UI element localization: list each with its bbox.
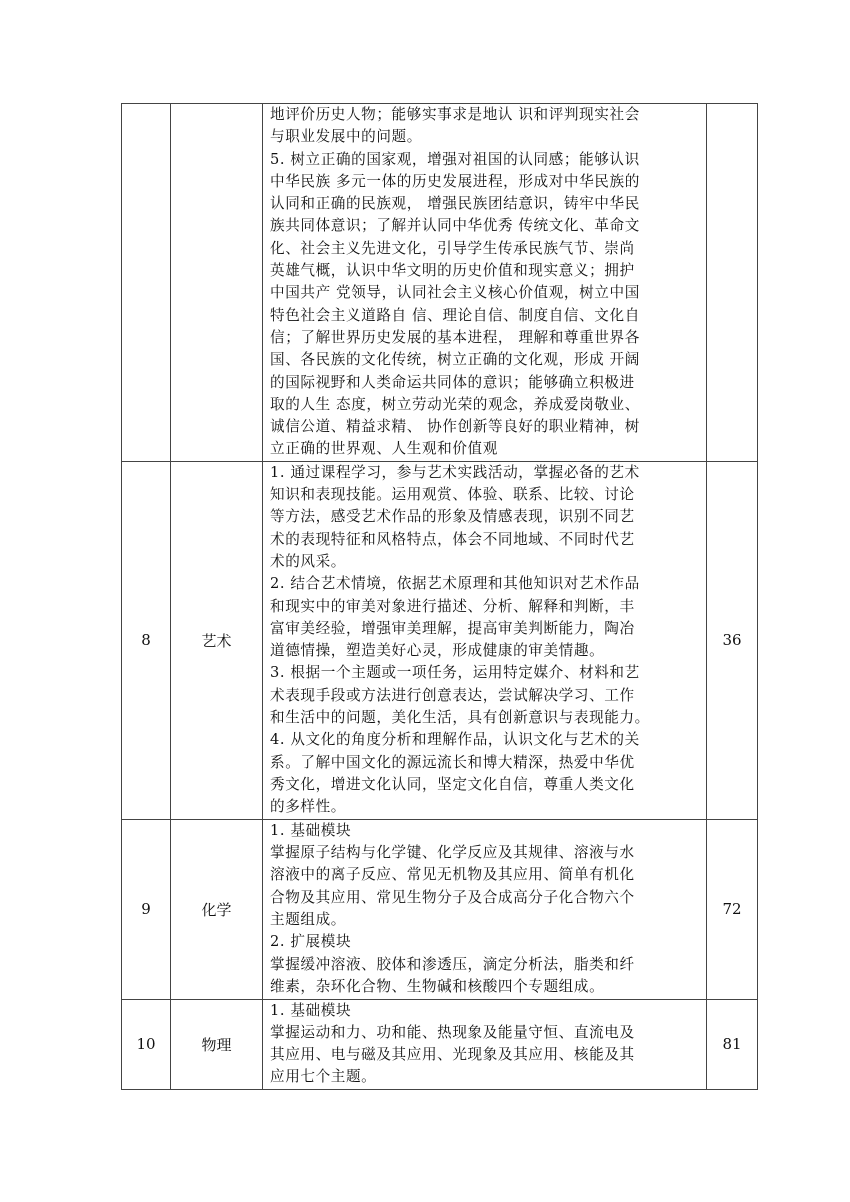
class-hours: 72: [707, 819, 758, 999]
row-number: [122, 104, 171, 462]
row-number: 9: [122, 819, 171, 999]
content-line: 术的表现特征和风格特点，体会不同地域、不同时代艺: [270, 529, 700, 551]
table-row: 8 艺术 1. 通过课程学习，参与艺术实践活动，掌握必备的艺术 知识和表现技能。…: [122, 461, 758, 819]
subject-name: 化学: [171, 819, 263, 999]
content-line: 与职业发展中的问题。: [270, 126, 700, 148]
row-number: 10: [122, 999, 171, 1089]
content-line: 族共同体意识；了解并认同中华优秀 传统文化、革命文: [270, 215, 700, 237]
content-line: 地评价历史人物；能够实事求是地认 识和评判现实社会: [270, 104, 700, 126]
content-line: 国、各民族的文化传统，树立正确的文化观，形成 开阔: [270, 349, 700, 371]
subject-name: 艺术: [171, 461, 263, 819]
content-line: 中华民族 多元一体的历史发展进程，形成对中华民族的: [270, 171, 700, 193]
content-line: 和生活中的问题，美化生活，具有创新意识与表现能力。: [270, 707, 700, 729]
content-line: 等方法，感受艺术作品的形象及情感表现，识别不同艺: [270, 506, 700, 528]
curriculum-table: 地评价历史人物；能够实事求是地认 识和评判现实社会 与职业发展中的问题。 5. …: [121, 103, 758, 1090]
content-line: 中国共产 党领导，认同社会主义核心价值观，树立中国: [270, 282, 700, 304]
content-line: 英雄气概，认识中华文明的历史价值和现实意义；拥护: [270, 260, 700, 282]
content-line: 信；了解世界历史发展的基本进程， 理解和尊重世界各: [270, 327, 700, 349]
course-objectives: 地评价历史人物；能够实事求是地认 识和评判现实社会 与职业发展中的问题。 5. …: [263, 104, 707, 462]
content-line: 掌握运动和力、功和能、热现象及能量守恒、直流电及: [270, 1022, 700, 1044]
content-line: 其应用、电与磁及其应用、光现象及其应用、核能及其: [270, 1044, 700, 1066]
content-line: 术的风采。: [270, 551, 700, 573]
content-line: 掌握原子结构与化学键、化学反应及其规律、溶液与水: [270, 842, 700, 864]
table-row: 10 物理 1. 基础模块 掌握运动和力、功和能、热现象及能量守恒、直流电及 其…: [122, 999, 758, 1089]
course-objectives: 1. 通过课程学习，参与艺术实践活动，掌握必备的艺术 知识和表现技能。运用观赏、…: [263, 461, 707, 819]
content-line: 1. 基础模块: [270, 820, 700, 842]
content-line: 3. 根据一个主题或一项任务，运用特定媒介、材料和艺: [270, 662, 700, 684]
class-hours: [707, 104, 758, 462]
table-row: 9 化学 1. 基础模块 掌握原子结构与化学键、化学反应及其规律、溶液与水 溶液…: [122, 819, 758, 999]
content-line: 富审美经验，增强审美理解，提高审美判断能力，陶冶: [270, 618, 700, 640]
course-objectives: 1. 基础模块 掌握运动和力、功和能、热现象及能量守恒、直流电及 其应用、电与磁…: [263, 999, 707, 1089]
content-line: 立正确的世界观、人生观和价值观: [270, 438, 700, 460]
content-line: 应用七个主题。: [270, 1066, 700, 1088]
content-line: 2. 扩展模块: [270, 931, 700, 953]
content-line: 主题组成。: [270, 909, 700, 931]
content-line: 认同和正确的民族观， 增强民族团结意识，铸牢中华民: [270, 193, 700, 215]
row-number: 8: [122, 461, 171, 819]
content-line: 掌握缓冲溶液、胶体和渗透压，滴定分析法，脂类和纤: [270, 954, 700, 976]
content-line: 特色社会主义道路自 信、理论自信、制度自信、文化自: [270, 305, 700, 327]
content-line: 的多样性。: [270, 796, 700, 818]
content-line: 2. 结合艺术情境，依据艺术原理和其他知识对艺术作品: [270, 573, 700, 595]
content-line: 和现实中的审美对象进行描述、分析、解释和判断，丰: [270, 596, 700, 618]
content-line: 知识和表现技能。运用观赏、体验、联系、比较、讨论: [270, 484, 700, 506]
content-line: 合物及其应用、常见生物分子及合成高分子化合物六个: [270, 887, 700, 909]
content-line: 5. 树立正确的国家观，增强对祖国的认同感；能够认识: [270, 149, 700, 171]
content-line: 化、社会主义先进文化，引导学生传承民族气节、崇尚: [270, 238, 700, 260]
content-line: 维素，杂环化合物、生物碱和核酸四个专题组成。: [270, 976, 700, 998]
content-line: 术表现手段或方法进行创意表达，尝试解决学习、工作: [270, 685, 700, 707]
class-hours: 81: [707, 999, 758, 1089]
content-line: 系。了解中国文化的源远流长和博大精深，热爱中华优: [270, 752, 700, 774]
content-line: 秀文化，增进文化认同，坚定文化自信，尊重人类文化: [270, 774, 700, 796]
content-line: 1. 基础模块: [270, 1000, 700, 1022]
content-line: 取的人生 态度，树立劳动光荣的观念，养成爱岗敬业、: [270, 394, 700, 416]
table-row: 地评价历史人物；能够实事求是地认 识和评判现实社会 与职业发展中的问题。 5. …: [122, 104, 758, 462]
content-line: 1. 通过课程学习，参与艺术实践活动，掌握必备的艺术: [270, 462, 700, 484]
content-line: 4. 从文化的角度分析和理解作品，认识文化与艺术的关: [270, 729, 700, 751]
content-line: 道德情操，塑造美好心灵，形成健康的审美情趣。: [270, 640, 700, 662]
content-line: 的国际视野和人类命运共同体的意识；能够确立积极进: [270, 372, 700, 394]
class-hours: 36: [707, 461, 758, 819]
course-objectives: 1. 基础模块 掌握原子结构与化学键、化学反应及其规律、溶液与水 溶液中的离子反…: [263, 819, 707, 999]
subject-name: [171, 104, 263, 462]
subject-name: 物理: [171, 999, 263, 1089]
content-line: 诚信公道、精益求精、 协作创新等良好的职业精神，树: [270, 416, 700, 438]
content-line: 溶液中的离子反应、常见无机物及其应用、简单有机化: [270, 864, 700, 886]
